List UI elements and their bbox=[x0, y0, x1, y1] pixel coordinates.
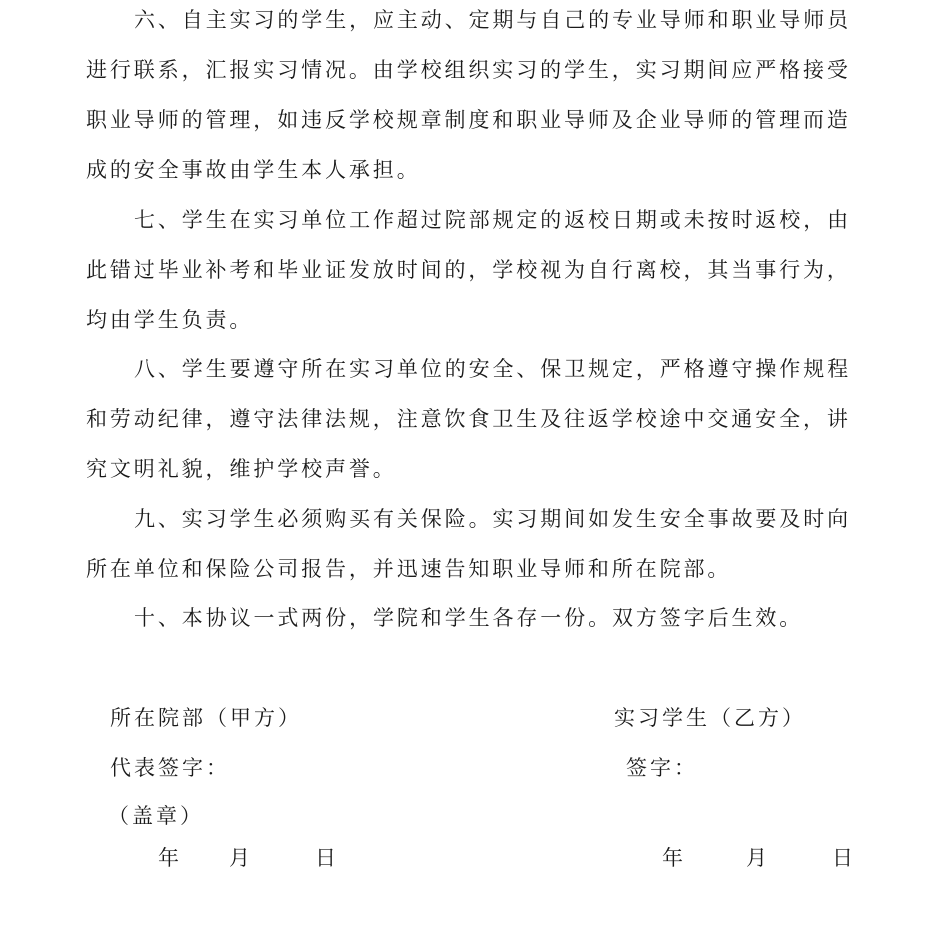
party-a-year: 年 bbox=[158, 846, 182, 870]
clause-seven-line-3: 均由学生负责。 bbox=[86, 308, 866, 332]
clause-six-line-3: 职业导师的管理，如违反学校规章制度和职业导师及企业导师的管理而造 bbox=[86, 108, 866, 132]
party-b-sign-label: 签字： bbox=[626, 756, 698, 780]
clause-seven-line-2: 此错过毕业补考和毕业证发放时间的，学校视为自行离校，其当事行为， bbox=[86, 258, 866, 282]
party-a-sign-label: 代表签字： bbox=[110, 756, 230, 780]
clause-eight-line-3: 究文明礼貌，维护学校声誉。 bbox=[86, 457, 866, 481]
party-a-month: 月 bbox=[229, 846, 253, 870]
clause-nine-line-2: 所在单位和保险公司报告，并迅速告知职业导师和所在院部。 bbox=[86, 557, 866, 581]
party-b-title: 实习学生（乙方） bbox=[614, 706, 806, 730]
clause-six-line-1: 六、自主实习的学生，应主动、定期与自己的专业导师和职业导师员 bbox=[134, 8, 914, 32]
document-page: 六、自主实习的学生，应主动、定期与自己的专业导师和职业导师员 进行联系，汇报实习… bbox=[0, 0, 948, 951]
party-b-day: 日 bbox=[832, 846, 856, 870]
clause-eight-line-1: 八、学生要遵守所在实习单位的安全、保卫规定，严格遵守操作规程 bbox=[134, 357, 914, 381]
clause-six-line-4: 成的安全事故由学生本人承担。 bbox=[86, 158, 866, 182]
party-a-title: 所在院部（甲方） bbox=[110, 706, 302, 730]
clause-nine-line-1: 九、实习学生必须购买有关保险。实习期间如发生安全事故要及时向 bbox=[134, 507, 914, 531]
clause-six-line-2: 进行联系，汇报实习情况。由学校组织实习的学生，实习期间应严格接受 bbox=[86, 58, 866, 82]
clause-seven-line-1: 七、学生在实习单位工作超过院部规定的返校日期或未按时返校，由 bbox=[134, 208, 914, 232]
party-a-seal-label: （盖章） bbox=[108, 804, 204, 828]
party-b-year: 年 bbox=[662, 846, 686, 870]
clause-ten-line-1: 十、本协议一式两份，学院和学生各存一份。双方签字后生效。 bbox=[134, 606, 914, 630]
party-a-day: 日 bbox=[315, 846, 339, 870]
clause-eight-line-2: 和劳动纪律，遵守法律法规，注意饮食卫生及往返学校途中交通安全，讲 bbox=[86, 407, 866, 431]
party-b-month: 月 bbox=[746, 846, 770, 870]
